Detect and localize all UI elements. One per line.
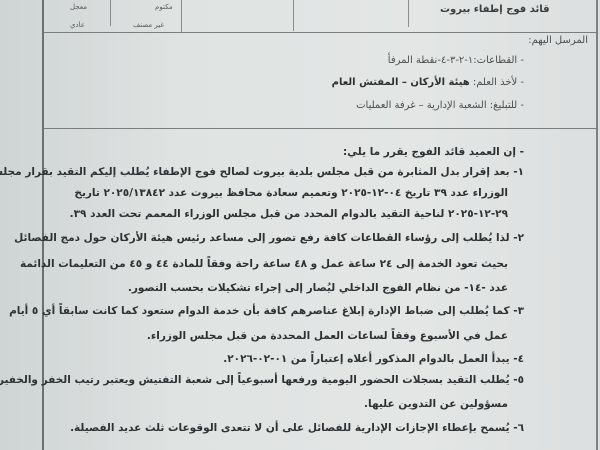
urgency-urgent: معجل bbox=[70, 3, 87, 11]
header-cell-divider bbox=[181, 0, 182, 33]
classification-unclassified: غير مصنف bbox=[133, 21, 164, 29]
clause-6: ٦- يُسمح بإعطاء الإجازات الإدارية للفصائ… bbox=[70, 422, 524, 434]
clause-2-line-1: ٢- لذا يُطلب إلى رؤساء القطاعات كافة رفع… bbox=[14, 232, 524, 244]
scanned-document: معجل عادي مكتوم غير مصنف قائد فوج إطفاء … bbox=[0, 0, 600, 450]
classification-confidential: مكتوم bbox=[155, 3, 173, 11]
recipients-label: المرسل اليهم: bbox=[528, 35, 588, 46]
header-divider bbox=[44, 32, 597, 33]
sender-title: قائد فوج إطفاء بيروت bbox=[440, 4, 550, 15]
clause-2-line-2: بحيث تعود الخدمة إلى ٢٤ ساعة عمل و ٤٨ سا… bbox=[20, 258, 508, 270]
clause-2-line-3: عدد -١٤- من نظام الفوج الداخلي ليُصار إل… bbox=[128, 282, 508, 294]
recipient-sectors: - القطاعات:١-٢-٣-٤-نقطة المرفأ bbox=[388, 55, 524, 66]
recipient-for-information: - لأخذ العلم: هيئة الأركان – المفتش العا… bbox=[332, 77, 524, 88]
clause-3-line-1: ٣- كما يُطلب إلى ضباط الإدارة إبلاغ عناص… bbox=[9, 305, 524, 317]
recipients-divider bbox=[44, 128, 597, 129]
decision-intro: - إن العميد قائد الفوج يقرر ما يلي: bbox=[343, 146, 524, 158]
header-cell-divider bbox=[110, 0, 111, 26]
clause-1-line-2: الوزراء عدد ٣٩ تاريخ ٠٤-١٢-٢٠٢٥ وتعميم س… bbox=[74, 187, 508, 199]
urgency-normal: عادي bbox=[70, 21, 85, 29]
clause-4: ٤- يبدأ العمل بالدوام المذكور أعلاه إعتب… bbox=[223, 353, 524, 365]
header-cell-divider bbox=[408, 0, 409, 27]
clause-5-line-1: ٥- يُطلب التقيد بسجلات الحضور اليومية ور… bbox=[0, 374, 524, 386]
header-cell-divider bbox=[293, 0, 294, 31]
clause-5-line-2: مسؤولين عن التدوين عليها. bbox=[364, 398, 508, 410]
clause-1-line-1: ١- بعد إقرار بدل المثابرة من قبل مجلس بل… bbox=[0, 166, 524, 178]
clause-1-line-3: ٢٩-١٢-٢٠٢٥ لناحية التقيد بالدوام المحدد … bbox=[70, 208, 508, 220]
document-border-right bbox=[596, 0, 598, 450]
recipient-for-notification: - للتبليغ: الشعبة الإدارية – غرفة العملي… bbox=[356, 100, 524, 111]
clause-3-line-2: عمل في الأسبوع وفقاً لساعات العمل المحدد… bbox=[147, 330, 508, 342]
